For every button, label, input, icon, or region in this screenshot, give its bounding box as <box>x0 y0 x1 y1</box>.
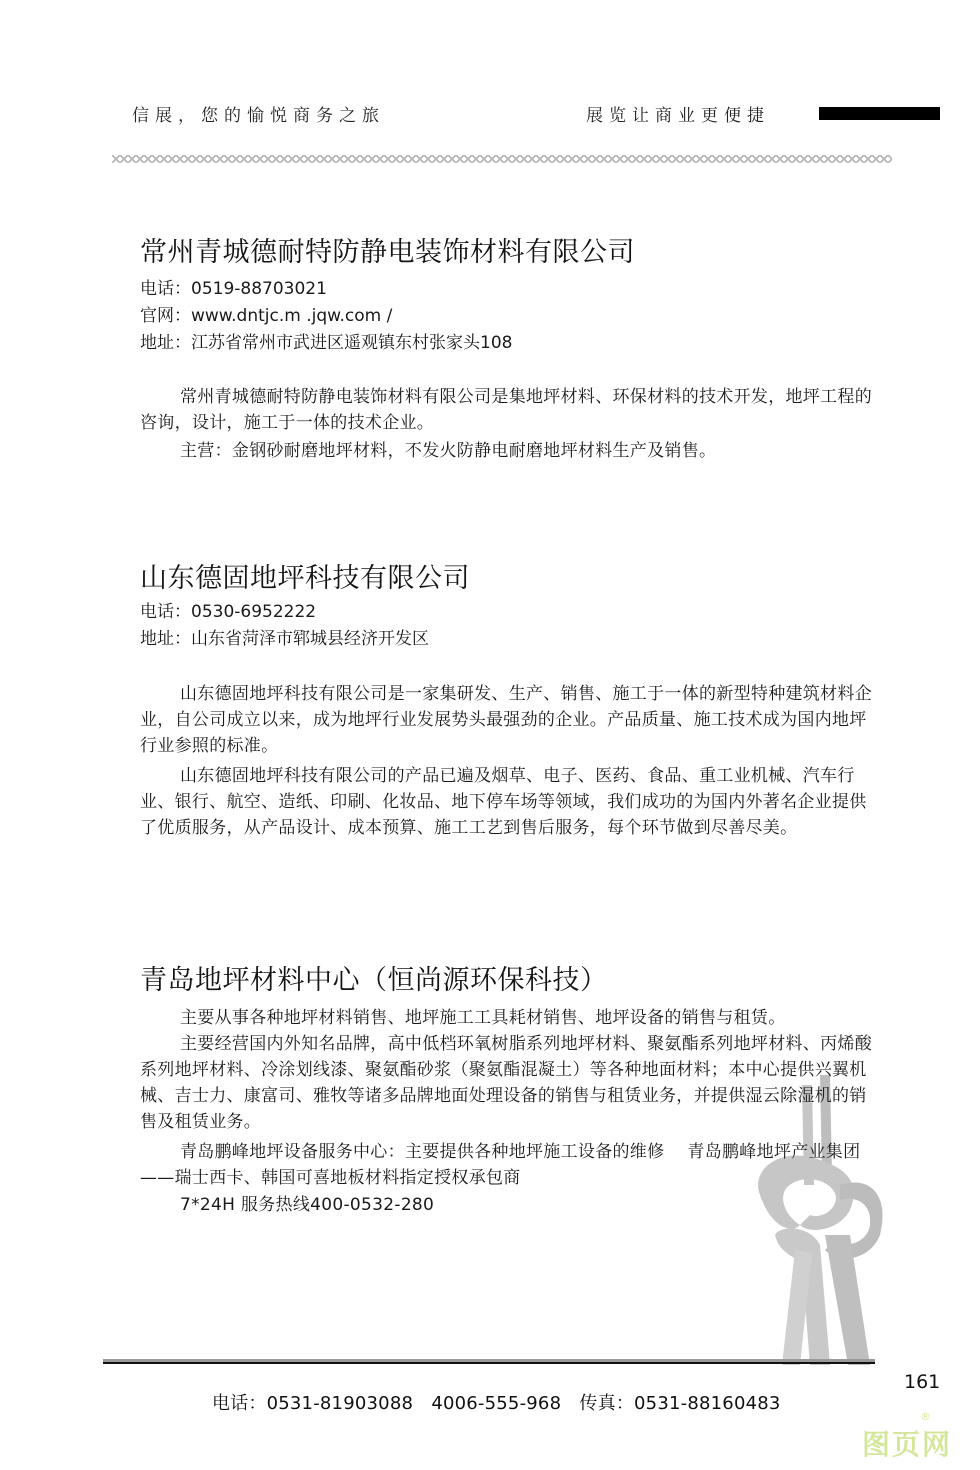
header-left-slogan: 信展，您的愉悦商务之旅 <box>132 101 385 126</box>
company-2-phone: 电话：0530-6952222 <box>140 599 316 625</box>
company-1-paragraph-1: 常州青城德耐特防静电装饰材料有限公司是集地坪材料、环保材料的技术开发，地坪工程的… <box>140 384 875 436</box>
footer-rule-dark <box>103 1362 875 1364</box>
company-2-paragraph-2: 山东德固地坪科技有限公司的产品已遍及烟草、电子、医药、食品、重工业机械、汽车行业… <box>140 763 875 841</box>
company-3-title: 青岛地坪材料中心（恒尚源环保科技） <box>140 958 608 997</box>
watermark-logo: 图页网 <box>862 1423 952 1463</box>
header-right-slogan: 展览让商业更便捷 <box>586 101 770 126</box>
diamond-divider <box>112 155 892 163</box>
company-3-paragraph-3: 青岛鹏峰地坪设备服务中心：主要提供各种地坪施工设备的维修 青岛鹏峰地坪产业集团—… <box>140 1139 875 1191</box>
company-3-hotline: 7*24H 服务热线400-0532-280 <box>140 1192 875 1218</box>
company-1-title: 常州青城德耐特防静电装饰材料有限公司 <box>140 230 635 269</box>
company-2-title: 山东德固地坪科技有限公司 <box>140 556 470 595</box>
company-1-website[interactable]: 官网：www.dntjc.m .jqw.com / <box>140 303 392 329</box>
company-1-phone: 电话：0519-88703021 <box>140 276 327 302</box>
company-1-paragraph-2: 主营：金钢砂耐磨地坪材料，不发火防静电耐磨地坪材料生产及销售。 <box>140 438 875 464</box>
page-number: 161 <box>904 1371 940 1393</box>
company-1-address: 地址：江苏省常州市武进区遥观镇东村张家头108 <box>140 330 512 356</box>
footer-contact: 电话：0531-81903088 4006-555-968 传真：0531-88… <box>212 1389 781 1415</box>
company-2-address: 地址：山东省菏泽市郓城县经济开发区 <box>140 626 429 652</box>
header-black-bar <box>819 107 940 120</box>
registered-mark-icon: ® <box>920 1410 931 1423</box>
company-3-paragraph-2: 主要经营国内外知名品牌，高中低档环氧树脂系列地坪材料、聚氨酯系列地坪材料、丙烯酸… <box>140 1031 875 1135</box>
company-2-paragraph-1: 山东德固地坪科技有限公司是一家集研发、生产、销售、施工于一体的新型特种建筑材料企… <box>140 681 875 759</box>
company-3-paragraph-1: 主要从事各种地坪材料销售、地坪施工工具耗材销售、地坪设备的销售与租赁。 <box>140 1005 875 1031</box>
